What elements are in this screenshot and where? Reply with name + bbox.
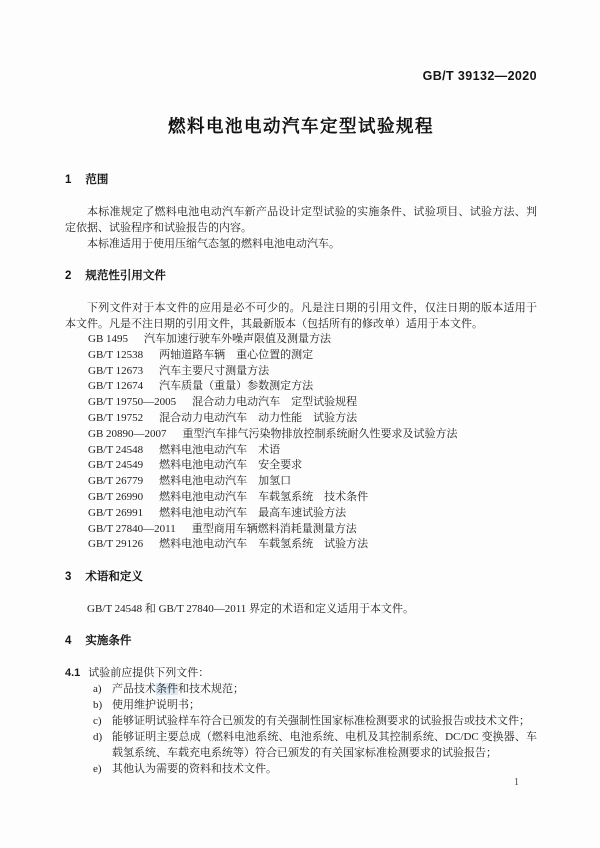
item-label: a) [93,681,102,697]
reference-number: GB/T 24548 [88,444,143,456]
reference-list: GB 1495汽车加速行驶车外噪声限值及测量方法 GB/T 12538两轴道路车… [65,332,537,553]
list-item-b: b)使用维护说明书； [65,697,537,713]
section-4-number: 4 [65,633,71,649]
reference-item: GB/T 19750—2005混合动力电动汽车 定型试验规程 [65,395,537,411]
reference-number: GB/T 24549 [88,459,143,471]
reference-title: 燃料电池电动汽车 术语 [159,444,280,456]
item-label: b) [93,697,102,713]
section-2-paragraph-1: 下列文件对于本文件的应用是必不可少的。凡是注日期的引用文件，仅注日期的版本适用于… [65,300,537,332]
section-4-title: 实施条件 [85,635,131,647]
reference-item: GB/T 26991燃料电池电动汽车 最高车速试验方法 [65,506,537,522]
reference-title: 混合动力电动汽车 动力性能 试验方法 [159,412,357,424]
page-number: 1 [514,776,519,790]
item-text: 能够证明主要总成（燃料电池系统、电池系统、电机及其控制系统、DC/DC 变换器、… [112,731,537,759]
reference-item: GB/T 29126燃料电池电动汽车 车载氢系统 试验方法 [65,537,537,553]
reference-number: GB/T 19752 [88,412,143,424]
clause-4-1-number: 4.1 [65,667,80,679]
clause-4-1-item-list: a)产品技术条件和技术规范； b)使用维护说明书； c)能够证明试验样车符合已颁… [65,681,537,777]
reference-title: 重型汽车排气污染物排放控制系统耐久性要求及试验方法 [183,428,458,440]
reference-number: GB 1495 [88,333,128,345]
document-page: GB/T 39132—2020 燃料电池电动汽车定型试验规程 1范围 本标准规定… [0,0,600,848]
item-text-pre: 产品技术 [112,683,156,695]
section-3-number: 3 [65,569,71,585]
section-2-title: 规范性引用文件 [85,270,166,282]
reference-number: GB/T 27840—2011 [88,523,176,535]
reference-title: 两轴道路车辆 重心位置的测定 [159,349,313,361]
section-2-heading: 2规范性引用文件 [65,268,537,284]
reference-number: GB/T 26779 [88,475,143,487]
reference-title: 燃料电池电动汽车 最高车速试验方法 [159,507,346,519]
reference-title: 燃料电池电动汽车 加氢口 [159,475,291,487]
list-item-e: e)其他认为需要的资料和技术文件。 [65,761,537,777]
clause-4-1-text: 试验前应提供下列文件： [88,667,209,679]
reference-item: GB/T 12673汽车主要尺寸测量方法 [65,364,537,380]
item-label: e) [93,761,102,777]
reference-item: GB/T 19752混合动力电动汽车 动力性能 试验方法 [65,411,537,427]
item-label: c) [93,713,102,729]
document-title: 燃料电池电动汽车定型试验规程 [65,114,537,138]
reference-number: GB/T 26991 [88,507,143,519]
list-item-c: c)能够证明试验样车符合已颁发的有关强制性国家标准检测要求的试验报告或技术文件； [65,713,537,729]
reference-title: 燃料电池电动汽车 车载氢系统 试验方法 [159,538,368,550]
reference-number: GB/T 12538 [88,349,143,361]
item-label: d) [93,729,102,745]
section-1-paragraph-2: 本标准适用于使用压缩气态氢的燃料电池电动汽车。 [65,236,537,252]
reference-item: GB/T 24548燃料电池电动汽车 术语 [65,443,537,459]
section-1-number: 1 [65,172,71,188]
reference-title: 汽车加速行驶车外噪声限值及测量方法 [144,333,331,345]
reference-item: GB 20890—2007重型汽车排气污染物排放控制系统耐久性要求及试验方法 [65,427,537,443]
reference-item: GB/T 12674汽车质量（重量）参数测定方法 [65,379,537,395]
section-3-paragraph-1: GB/T 24548 和 GB/T 27840—2011 界定的术语和定义适用于… [65,601,537,617]
reference-title: 汽车主要尺寸测量方法 [159,365,269,377]
reference-number: GB 20890—2007 [88,428,167,440]
reference-title: 重型商用车辆燃料消耗量测量方法 [192,523,357,535]
reference-item: GB/T 26779燃料电池电动汽车 加氢口 [65,474,537,490]
item-text: 能够证明试验样车符合已颁发的有关强制性国家标准检测要求的试验报告或技术文件； [112,715,530,727]
page-content: GB/T 39132—2020 燃料电池电动汽车定型试验规程 1范围 本标准规定… [65,0,537,777]
clause-4-1: 4.1试验前应提供下列文件： [65,665,537,681]
reference-item: GB/T 24549燃料电池电动汽车 安全要求 [65,458,537,474]
reference-item: GB/T 26990燃料电池电动汽车 车载氢系统 技术条件 [65,490,537,506]
list-item-a: a)产品技术条件和技术规范； [65,681,537,697]
item-text: 使用维护说明书； [112,699,200,711]
reference-number: GB/T 12674 [88,380,143,392]
reference-item: GB/T 27840—2011重型商用车辆燃料消耗量测量方法 [65,522,537,538]
reference-title: 混合动力电动汽车 定型试验规程 [192,396,357,408]
reference-number: GB/T 26990 [88,491,143,503]
section-1-heading: 1范围 [65,172,537,188]
item-text: 其他认为需要的资料和技术文件。 [112,763,277,775]
section-3-title: 术语和定义 [85,571,143,583]
section-3-heading: 3术语和定义 [65,569,537,585]
reference-number: GB/T 29126 [88,538,143,550]
list-item-d: d)能够证明主要总成（燃料电池系统、电池系统、电机及其控制系统、DC/DC 变换… [65,729,537,761]
section-1-paragraph-1: 本标准规定了燃料电池电动汽车新产品设计定型试验的实施条件、试验项目、试验方法、判… [65,204,537,236]
section-2-number: 2 [65,268,71,284]
reference-item: GB 1495汽车加速行驶车外噪声限值及测量方法 [65,332,537,348]
section-4-heading: 4实施条件 [65,633,537,649]
reference-number: GB/T 19750—2005 [88,396,176,408]
reference-item: GB/T 12538两轴道路车辆 重心位置的测定 [65,348,537,364]
highlighted-text: 条件 [156,683,178,695]
item-text-post: 和技术规范； [178,683,244,695]
section-1-title: 范围 [85,174,108,186]
reference-number: GB/T 12673 [88,365,143,377]
reference-title: 燃料电池电动汽车 安全要求 [159,459,302,471]
reference-title: 汽车质量（重量）参数测定方法 [159,380,313,392]
standard-code: GB/T 39132—2020 [65,68,537,84]
reference-title: 燃料电池电动汽车 车载氢系统 技术条件 [159,491,368,503]
